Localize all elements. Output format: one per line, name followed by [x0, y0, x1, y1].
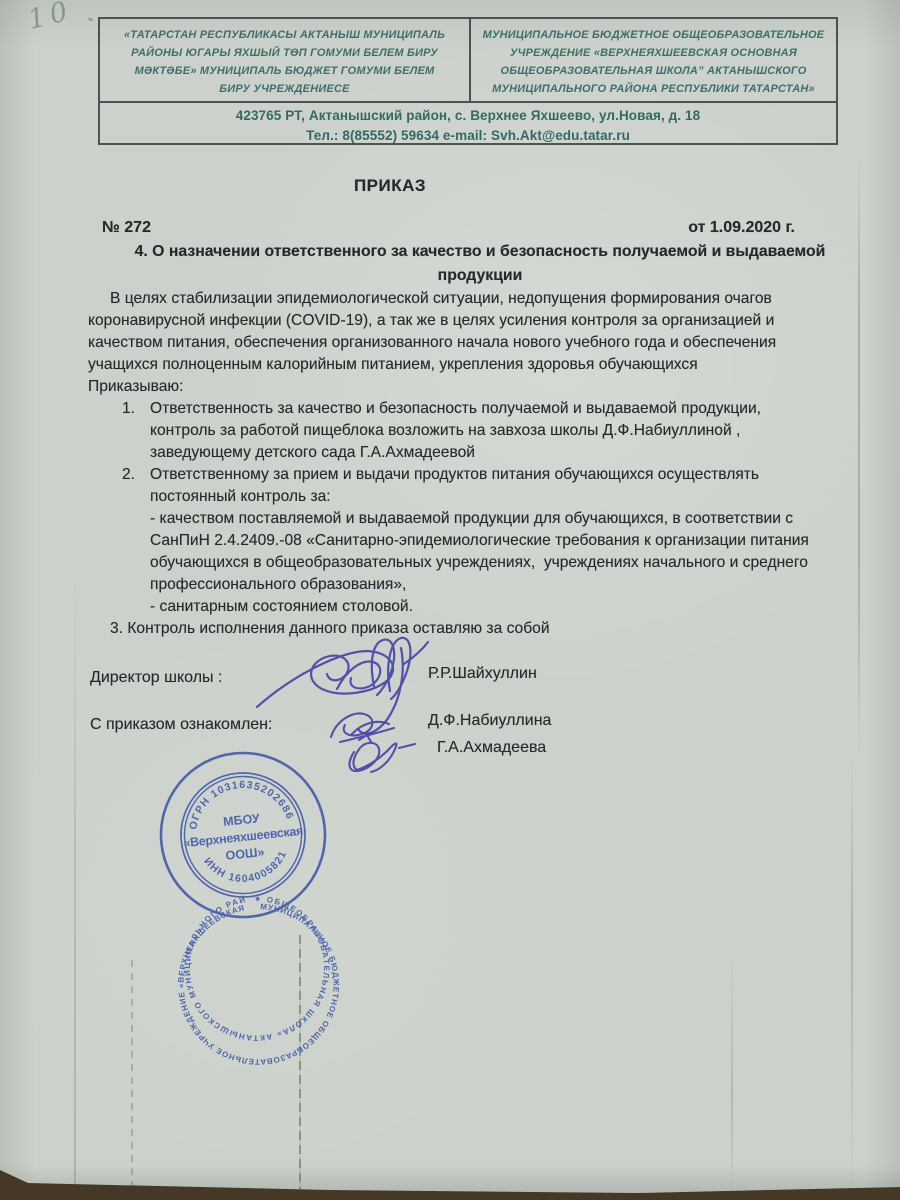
stamp-center-line2: «Верхнеяхшеевская: [183, 824, 304, 850]
preamble-line: В целях стабилизации эпидемиологической …: [88, 288, 776, 310]
item-line: - санитарным состоянием столовой.: [150, 596, 809, 618]
order-subject-line2: продукции: [100, 267, 860, 285]
crease-line: [851, 755, 853, 1195]
preamble-line: учащихся полноценным калорийным питанием…: [88, 354, 776, 376]
handwritten-page-number: 10: [25, 0, 76, 36]
crease-line: [131, 960, 133, 1200]
item-line: СанПиН 2.4.2409.-08 «Санитарно-эпидемиол…: [150, 530, 809, 552]
letterhead-line: МУНИЦИПАЛЬНОГО РАЙОНА РЕСПУБЛИКИ ТАТАРСТ…: [477, 80, 830, 98]
acknowledged-label: С приказом ознакомлен:: [90, 716, 272, 734]
item-line: заведующему детского сада Г.А.Ахмадеевой: [150, 442, 809, 464]
preamble-line: качеством питания, обеспечения организов…: [88, 332, 776, 354]
director-name: Р.Р.Шайхуллин: [428, 665, 537, 683]
order-preamble: В целях стабилизации эпидемиологической …: [88, 288, 776, 376]
item-line: обучающихся в общеобразовательных учрежд…: [150, 552, 809, 574]
letterhead-box: «ТАТАРСТАН РЕСПУБЛИКАСЫ АКТАНЫШ МУНИЦИПА…: [98, 17, 838, 145]
paper-sheet: 10 «ТАТАРСТАН РЕСПУБЛИКАСЫ АКТАНЫШ МУНИЦ…: [0, 0, 900, 1200]
order-item3: 3. Контроль исполнения данного приказа о…: [110, 618, 550, 640]
letterhead-address: 423765 РТ, Актанышский район, с. Верхнее…: [100, 103, 836, 146]
order-subject-line1: 4. О назначении ответственного за качест…: [100, 243, 860, 261]
address-line: 423765 РТ, Актанышский район, с. Верхнее…: [100, 106, 836, 126]
svg-text:ИНН 1604005821: ИНН 1604005821: [201, 847, 293, 889]
order-title: ПРИКАЗ: [0, 176, 780, 196]
pen-dot: [88, 17, 94, 22]
stamp-inn-text: ИНН 1604005821: [201, 847, 293, 889]
crease-line: [74, 560, 76, 1200]
acknowledged-name-2: Г.А.Ахмадеева: [437, 739, 546, 757]
acknowledged-signature-1: [331, 713, 394, 742]
acknowledged-signature-2: [349, 743, 415, 772]
stamp-center-line3: ООШ»: [225, 845, 265, 863]
item-line: Ответственность за качество и безопаснос…: [150, 398, 809, 420]
preamble-line: коронавирусной инфекции (COVID-19), а та…: [88, 310, 776, 332]
order-item-list: Ответственность за качество и безопаснос…: [150, 398, 809, 618]
acknowledged-name-1: Д.Ф.Набиуллина: [428, 712, 551, 730]
item-line: Ответственному за прием и выдачи продукт…: [150, 464, 809, 486]
stamp-ogrn-text: ОГРН 1031635202686: [183, 773, 297, 831]
order-number: № 272: [102, 219, 151, 237]
letterhead-russian-column: МУНИЦИПАЛЬНОЕ БЮДЖЕТНОЕ ОБЩЕОБРАЗОВАТЕЛЬ…: [471, 19, 836, 101]
address-line: Тел.: 8(85552) 59634 e-mail: Svh.Akt@edu…: [100, 126, 836, 146]
director-label: Директор школы :: [90, 669, 222, 687]
item-line: профессионального образования»,: [150, 574, 809, 596]
crease-line: [299, 935, 301, 1197]
letterhead-line: БИРУ УЧРЕЖДЕНИЕСЕ: [108, 80, 461, 98]
letterhead-columns: «ТАТАРСТАН РЕСПУБЛИКАСЫ АКТАНЫШ МУНИЦИПА…: [100, 19, 836, 103]
item-line: - качеством поставляемой и выдаваемой пр…: [150, 508, 809, 530]
svg-text:ОГРН 1031635202686: ОГРН 1031635202686: [183, 773, 297, 831]
order-date: от 1.09.2020 г.: [688, 219, 795, 237]
stamp-center-line1: МБОУ: [223, 811, 261, 829]
crease-line: [858, 150, 860, 760]
crease-line: [731, 950, 733, 1200]
letterhead-line: УЧРЕЖДЕНИЕ «ВЕРХНЕЯХШЕЕВСКАЯ ОСНОВНАЯ: [477, 44, 830, 62]
letterhead-line: МУНИЦИПАЛЬНОЕ БЮДЖЕТНОЕ ОБЩЕОБРАЗОВАТЕЛЬ…: [477, 26, 830, 44]
letterhead-line: МӘКТӘБЕ» МУНИЦИПАЛЬ БЮДЖЕТ ГОМУМИ БЕЛЕМ: [108, 62, 461, 80]
letterhead-line: РАЙОНЫ ЮГАРЫ ЯХШЫЙ ТӨП ГОМУМИ БЕЛЕМ БИРУ: [108, 44, 461, 62]
letterhead-tatar-column: «ТАТАРСТАН РЕСПУБЛИКАСЫ АКТАНЫШ МУНИЦИПА…: [100, 19, 471, 101]
order-number-row: № 272 от 1.09.2020 г.: [102, 219, 795, 237]
resolution-label: Приказываю:: [88, 376, 183, 398]
list-item-number: 1.: [122, 398, 135, 420]
item-line: постоянный контроль за:: [150, 486, 809, 508]
director-signature: [257, 638, 428, 734]
item-line: контроль за работой пищеблока возложить …: [150, 420, 809, 442]
list-item-number: 2.: [122, 464, 135, 486]
letterhead-line: «ТАТАРСТАН РЕСПУБЛИКАСЫ АКТАНЫШ МУНИЦИПА…: [108, 26, 461, 44]
letterhead-line: ОБЩЕОБРАЗОВАТЕЛЬНАЯ ШКОЛА” АКТАНЫШСКОГО: [477, 62, 830, 80]
